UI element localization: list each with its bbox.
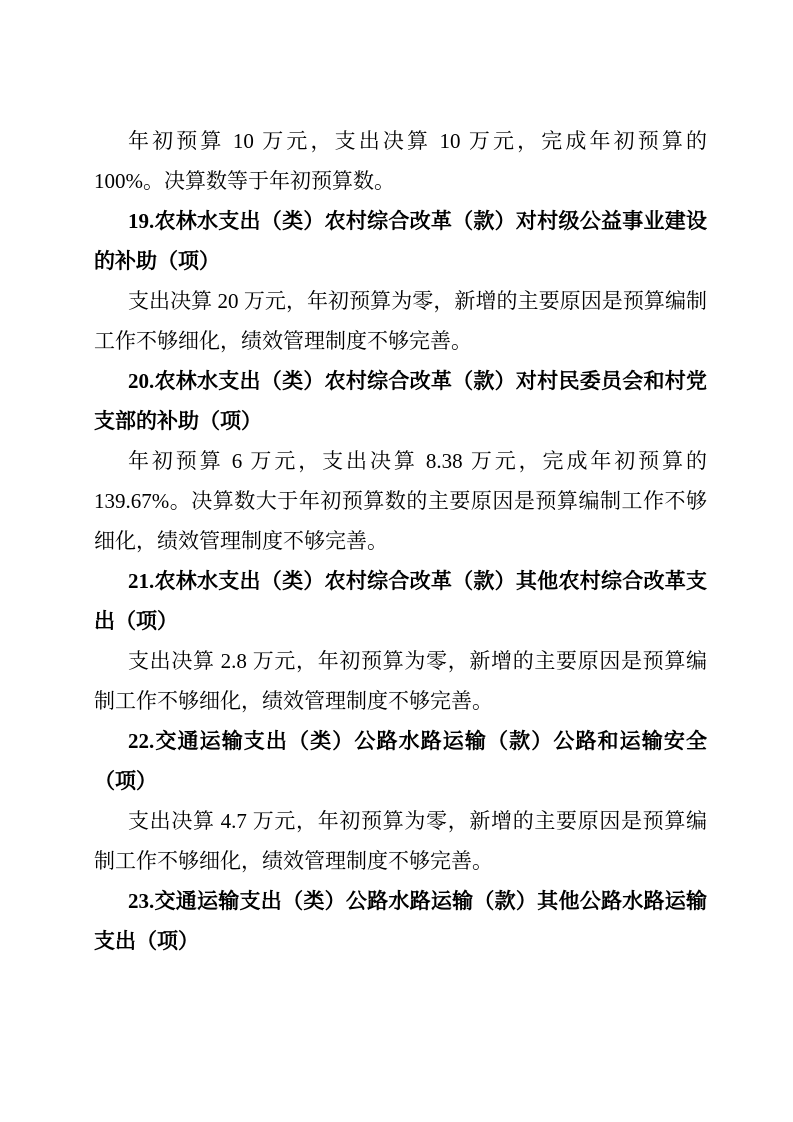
section-heading-20: 20.农林水支出（类）农村综合改革（款）对村民委员会和村党支部的补助（项） [94, 361, 707, 441]
section-heading-23: 23.交通运输支出（类）公路水路运输（款）其他公路水路运输支出（项） [94, 881, 707, 961]
document-page: 年初预算 10 万元，支出决算 10 万元，完成年初预算的 100%。决算数等于… [0, 0, 793, 1122]
section-body-19: 支出决算 20 万元，年初预算为零，新增的主要原因是预算编制工作不够细化，绩效管… [94, 281, 707, 361]
section-heading-21: 21.农林水支出（类）农村综合改革（款）其他农村综合改革支出（项） [94, 561, 707, 641]
continuation-paragraph: 年初预算 10 万元，支出决算 10 万元，完成年初预算的 100%。决算数等于… [94, 121, 707, 201]
section-body-21: 支出决算 2.8 万元，年初预算为零，新增的主要原因是预算编制工作不够细化，绩效… [94, 641, 707, 721]
section-heading-19: 19.农林水支出（类）农村综合改革（款）对村级公益事业建设的补助（项） [94, 201, 707, 281]
section-body-20: 年初预算 6 万元，支出决算 8.38 万元，完成年初预算的 139.67%。决… [94, 441, 707, 561]
section-heading-22: 22.交通运输支出（类）公路水路运输（款）公路和运输安全（项） [94, 721, 707, 801]
section-body-22: 支出决算 4.7 万元，年初预算为零，新增的主要原因是预算编制工作不够细化，绩效… [94, 801, 707, 881]
